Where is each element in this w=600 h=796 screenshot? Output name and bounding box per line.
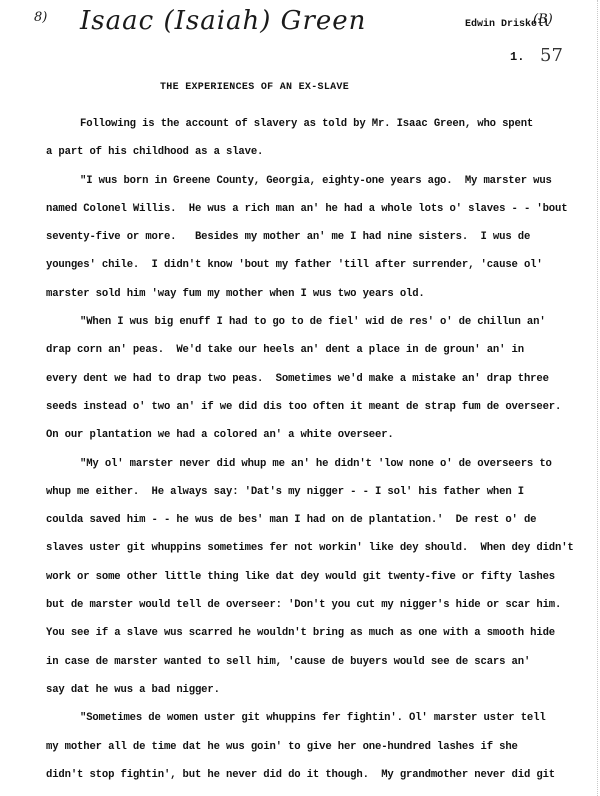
text-line: named Colonel Willis. He wus a rich man …	[46, 203, 566, 231]
text-line: say dat he wus a bad nigger.	[46, 684, 566, 712]
text-line: seeds instead o' two an' if we did dis t…	[46, 401, 566, 429]
text-line: a part of his childhood as a slave.	[46, 146, 566, 174]
text-line: "I wus born in Greene County, Georgia, e…	[46, 175, 566, 203]
page-edge	[596, 0, 598, 796]
text-line: slaves uster git whuppins sometimes fer …	[46, 542, 566, 570]
text-line: "When I wus big enuff I had to go to de …	[46, 316, 566, 344]
text-line: whup me either. He always say: 'Dat's my…	[46, 486, 566, 514]
text-line: every dent we had to drap two peas. Some…	[46, 373, 566, 401]
text-line: younges' chile. I didn't know 'bout my f…	[46, 259, 566, 287]
text-line: You see if a slave wus scarred he wouldn…	[46, 627, 566, 655]
page-index: 1.	[510, 50, 524, 64]
author-mark: (B)	[533, 12, 553, 27]
text-line: "Sometimes de women uster git whuppins f…	[46, 712, 566, 740]
text-line: coulda saved him - - he wus de bes' man …	[46, 514, 566, 542]
text-line: Following is the account of slavery as t…	[46, 118, 566, 146]
text-line: drap corn an' peas. We'd take our heels …	[46, 344, 566, 372]
text-line: work or some other little thing like dat…	[46, 571, 566, 599]
text-line: "My ol' marster never did whup me an' he…	[46, 458, 566, 486]
document-body: Following is the account of slavery as t…	[46, 118, 566, 796]
handwritten-number: 8)	[34, 10, 47, 25]
document-title: THE EXPERIENCES OF AN EX-SLAVE	[160, 82, 349, 93]
text-line: On our plantation we had a colored an' a…	[46, 429, 566, 457]
text-line: didn't stop fightin', but he never did d…	[46, 769, 566, 796]
page-number: 57	[540, 45, 563, 66]
text-line: seventy-five or more. Besides my mother …	[46, 231, 566, 259]
text-line: marster sold him 'way fum my mother when…	[46, 288, 566, 316]
handwritten-name: Isaac (Isaiah) Green	[80, 6, 366, 36]
text-line: in case de marster wanted to sell him, '…	[46, 656, 566, 684]
text-line: but de marster would tell de overseer: '…	[46, 599, 566, 627]
text-line: my mother all de time dat he wus goin' t…	[46, 741, 566, 769]
